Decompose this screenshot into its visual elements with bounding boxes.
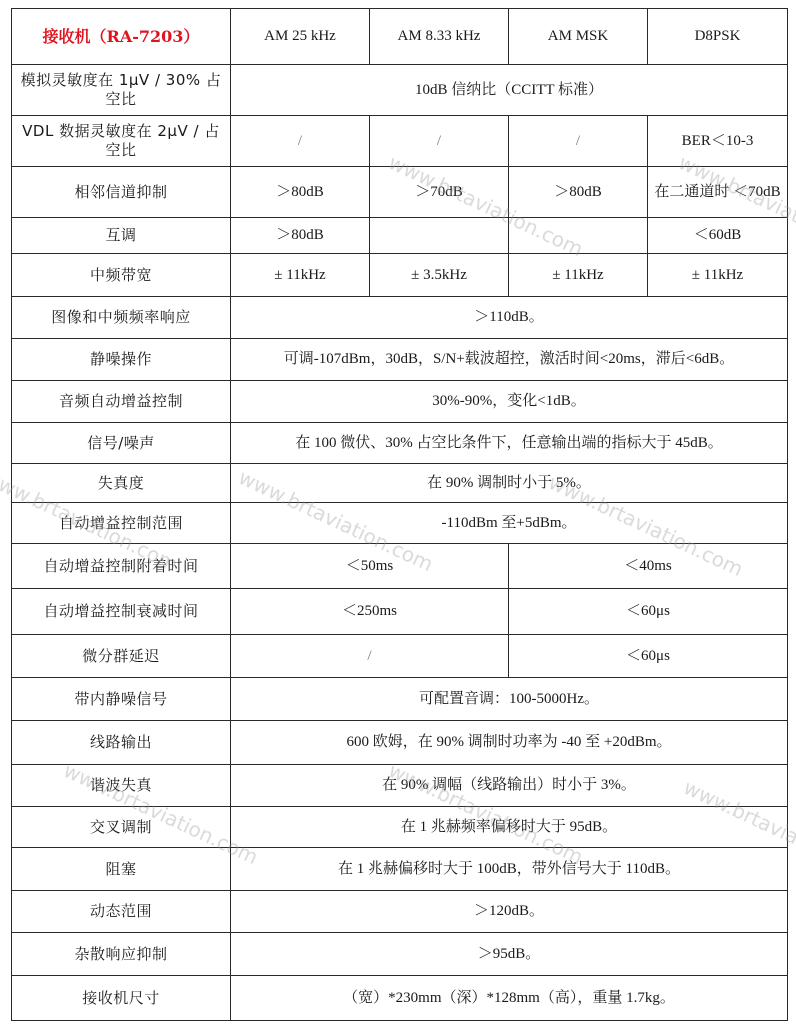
row-value: ＞110dB。 xyxy=(231,297,788,339)
row-label: 阻塞 xyxy=(12,848,231,891)
row-cell: ± 11kHz xyxy=(509,254,648,297)
table-row: 中频带宽 ± 11kHz ± 3.5kHz ± 11kHz ± 11kHz xyxy=(12,254,788,297)
receiver-spec-table: 接收机（RA-7203） AM 25 kHz AM 8.33 kHz AM MS… xyxy=(11,8,788,1021)
row-label: 带内静噪信号 xyxy=(12,678,231,721)
table-row: 静噪操作 可调-107dBm，30dB，S/N+载波超控，激活时间<20ms，滞… xyxy=(12,339,788,381)
row-value: 可配置音调：100-5000Hz。 xyxy=(231,678,788,721)
table-row: 相邻信道抑制 ＞80dB ＞70dB ＞80dB 在二通道时 ＜70dB xyxy=(12,167,788,218)
row-cell: ± 11kHz xyxy=(648,254,788,297)
table-row: 信号/噪声 在 100 微伏、30% 占空比条件下，任意输出端的指标大于 45d… xyxy=(12,423,788,464)
row-cell: ＞80dB xyxy=(509,167,648,218)
row-label: 相邻信道抑制 xyxy=(12,167,231,218)
table-row: 互调 ＞80dB ＜60dB xyxy=(12,218,788,254)
row-value: 在 100 微伏、30% 占空比条件下，任意输出端的指标大于 45dB。 xyxy=(231,423,788,464)
table-row: 微分群延迟 / ＜60μs xyxy=(12,635,788,678)
table-row: 接收机尺寸 （宽）*230mm（深）*128mm（高），重量 1.7kg。 xyxy=(12,976,788,1021)
row-label: 杂散响应抑制 xyxy=(12,933,231,976)
row-cell: ＞80dB xyxy=(231,167,370,218)
row-label: 中频带宽 xyxy=(12,254,231,297)
row-value: 在 90% 调制时小于 5%。 xyxy=(231,464,788,503)
row-label: 自动增益控制附着时间 xyxy=(12,544,231,589)
row-cell: / xyxy=(370,116,509,167)
row-cell: ＞80dB xyxy=(231,218,370,254)
row-cell: ＞70dB xyxy=(370,167,509,218)
row-value: -110dBm 至+5dBm。 xyxy=(231,503,788,544)
column-header: AM 8.33 kHz xyxy=(370,9,509,65)
row-label: 接收机尺寸 xyxy=(12,976,231,1021)
row-value: 30%-90%，变化<1dB。 xyxy=(231,381,788,423)
table-row: 谐波失真 在 90% 调幅（线路输出）时小于 3%。 xyxy=(12,765,788,807)
table-row: 动态范围 ＞120dB。 xyxy=(12,891,788,933)
row-half-value: / xyxy=(231,635,509,678)
table-row: VDL 数据灵敏度在 2μV / 占空比 / / / BER＜10-3 xyxy=(12,116,788,167)
row-value: 在 1 兆赫频率偏移时大于 95dB。 xyxy=(231,807,788,848)
row-value: ＞120dB。 xyxy=(231,891,788,933)
row-cell: 在二通道时 ＜70dB xyxy=(648,167,788,218)
column-header: D8PSK xyxy=(648,9,788,65)
row-cell: / xyxy=(509,116,648,167)
table-row: 交叉调制 在 1 兆赫频率偏移时大于 95dB。 xyxy=(12,807,788,848)
row-value: 在 90% 调幅（线路输出）时小于 3%。 xyxy=(231,765,788,807)
row-label: 自动增益控制范围 xyxy=(12,503,231,544)
row-label: 静噪操作 xyxy=(12,339,231,381)
row-half-value: ＜60μs xyxy=(509,589,788,635)
row-label: 交叉调制 xyxy=(12,807,231,848)
row-cell: BER＜10-3 xyxy=(648,116,788,167)
row-half-value: ＜60μs xyxy=(509,635,788,678)
table-row: 杂散响应抑制 ＞95dB。 xyxy=(12,933,788,976)
row-cell: ＜60dB xyxy=(648,218,788,254)
table-row: 模拟灵敏度在 1μV / 30% 占空比 10dB 信纳比（CCITT 标准） xyxy=(12,65,788,116)
row-cell xyxy=(509,218,648,254)
row-label: 动态范围 xyxy=(12,891,231,933)
table-row: 图像和中频频率响应 ＞110dB。 xyxy=(12,297,788,339)
row-cell: ± 11kHz xyxy=(231,254,370,297)
row-label: 谐波失真 xyxy=(12,765,231,807)
row-cell: / xyxy=(231,116,370,167)
row-label: 自动增益控制衰减时间 xyxy=(12,589,231,635)
table-row: 失真度 在 90% 调制时小于 5%。 xyxy=(12,464,788,503)
row-value: 在 1 兆赫偏移时大于 100dB，带外信号大于 110dB。 xyxy=(231,848,788,891)
table-row: 带内静噪信号 可配置音调：100-5000Hz。 xyxy=(12,678,788,721)
row-label: 模拟灵敏度在 1μV / 30% 占空比 xyxy=(12,65,231,116)
table-row: 阻塞 在 1 兆赫偏移时大于 100dB，带外信号大于 110dB。 xyxy=(12,848,788,891)
header-row: 接收机（RA-7203） AM 25 kHz AM 8.33 kHz AM MS… xyxy=(12,9,788,65)
row-value: 600 欧姆，在 90% 调制时功率为 -40 至 +20dBm。 xyxy=(231,721,788,765)
row-label: 失真度 xyxy=(12,464,231,503)
table-row: 自动增益控制范围 -110dBm 至+5dBm。 xyxy=(12,503,788,544)
row-half-value: ＜40ms xyxy=(509,544,788,589)
row-value: 10dB 信纳比（CCITT 标准） xyxy=(231,65,788,116)
table-row: 线路输出 600 欧姆，在 90% 调制时功率为 -40 至 +20dBm。 xyxy=(12,721,788,765)
column-header: AM MSK xyxy=(509,9,648,65)
row-cell xyxy=(370,218,509,254)
row-label: 音频自动增益控制 xyxy=(12,381,231,423)
table-title: 接收机（RA-7203） xyxy=(12,9,231,65)
row-label: 信号/噪声 xyxy=(12,423,231,464)
row-cell: ± 3.5kHz xyxy=(370,254,509,297)
row-half-value: ＜250ms xyxy=(231,589,509,635)
row-value: 可调-107dBm，30dB，S/N+载波超控，激活时间<20ms，滞后<6dB… xyxy=(231,339,788,381)
column-header: AM 25 kHz xyxy=(231,9,370,65)
table-row: 自动增益控制附着时间 ＜50ms ＜40ms xyxy=(12,544,788,589)
row-label: 图像和中频频率响应 xyxy=(12,297,231,339)
row-label: 微分群延迟 xyxy=(12,635,231,678)
row-label: 互调 xyxy=(12,218,231,254)
row-value: （宽）*230mm（深）*128mm（高），重量 1.7kg。 xyxy=(231,976,788,1021)
row-label: VDL 数据灵敏度在 2μV / 占空比 xyxy=(12,116,231,167)
row-half-value: ＜50ms xyxy=(231,544,509,589)
row-label: 线路输出 xyxy=(12,721,231,765)
table-row: 自动增益控制衰减时间 ＜250ms ＜60μs xyxy=(12,589,788,635)
table-row: 音频自动增益控制 30%-90%，变化<1dB。 xyxy=(12,381,788,423)
row-value: ＞95dB。 xyxy=(231,933,788,976)
